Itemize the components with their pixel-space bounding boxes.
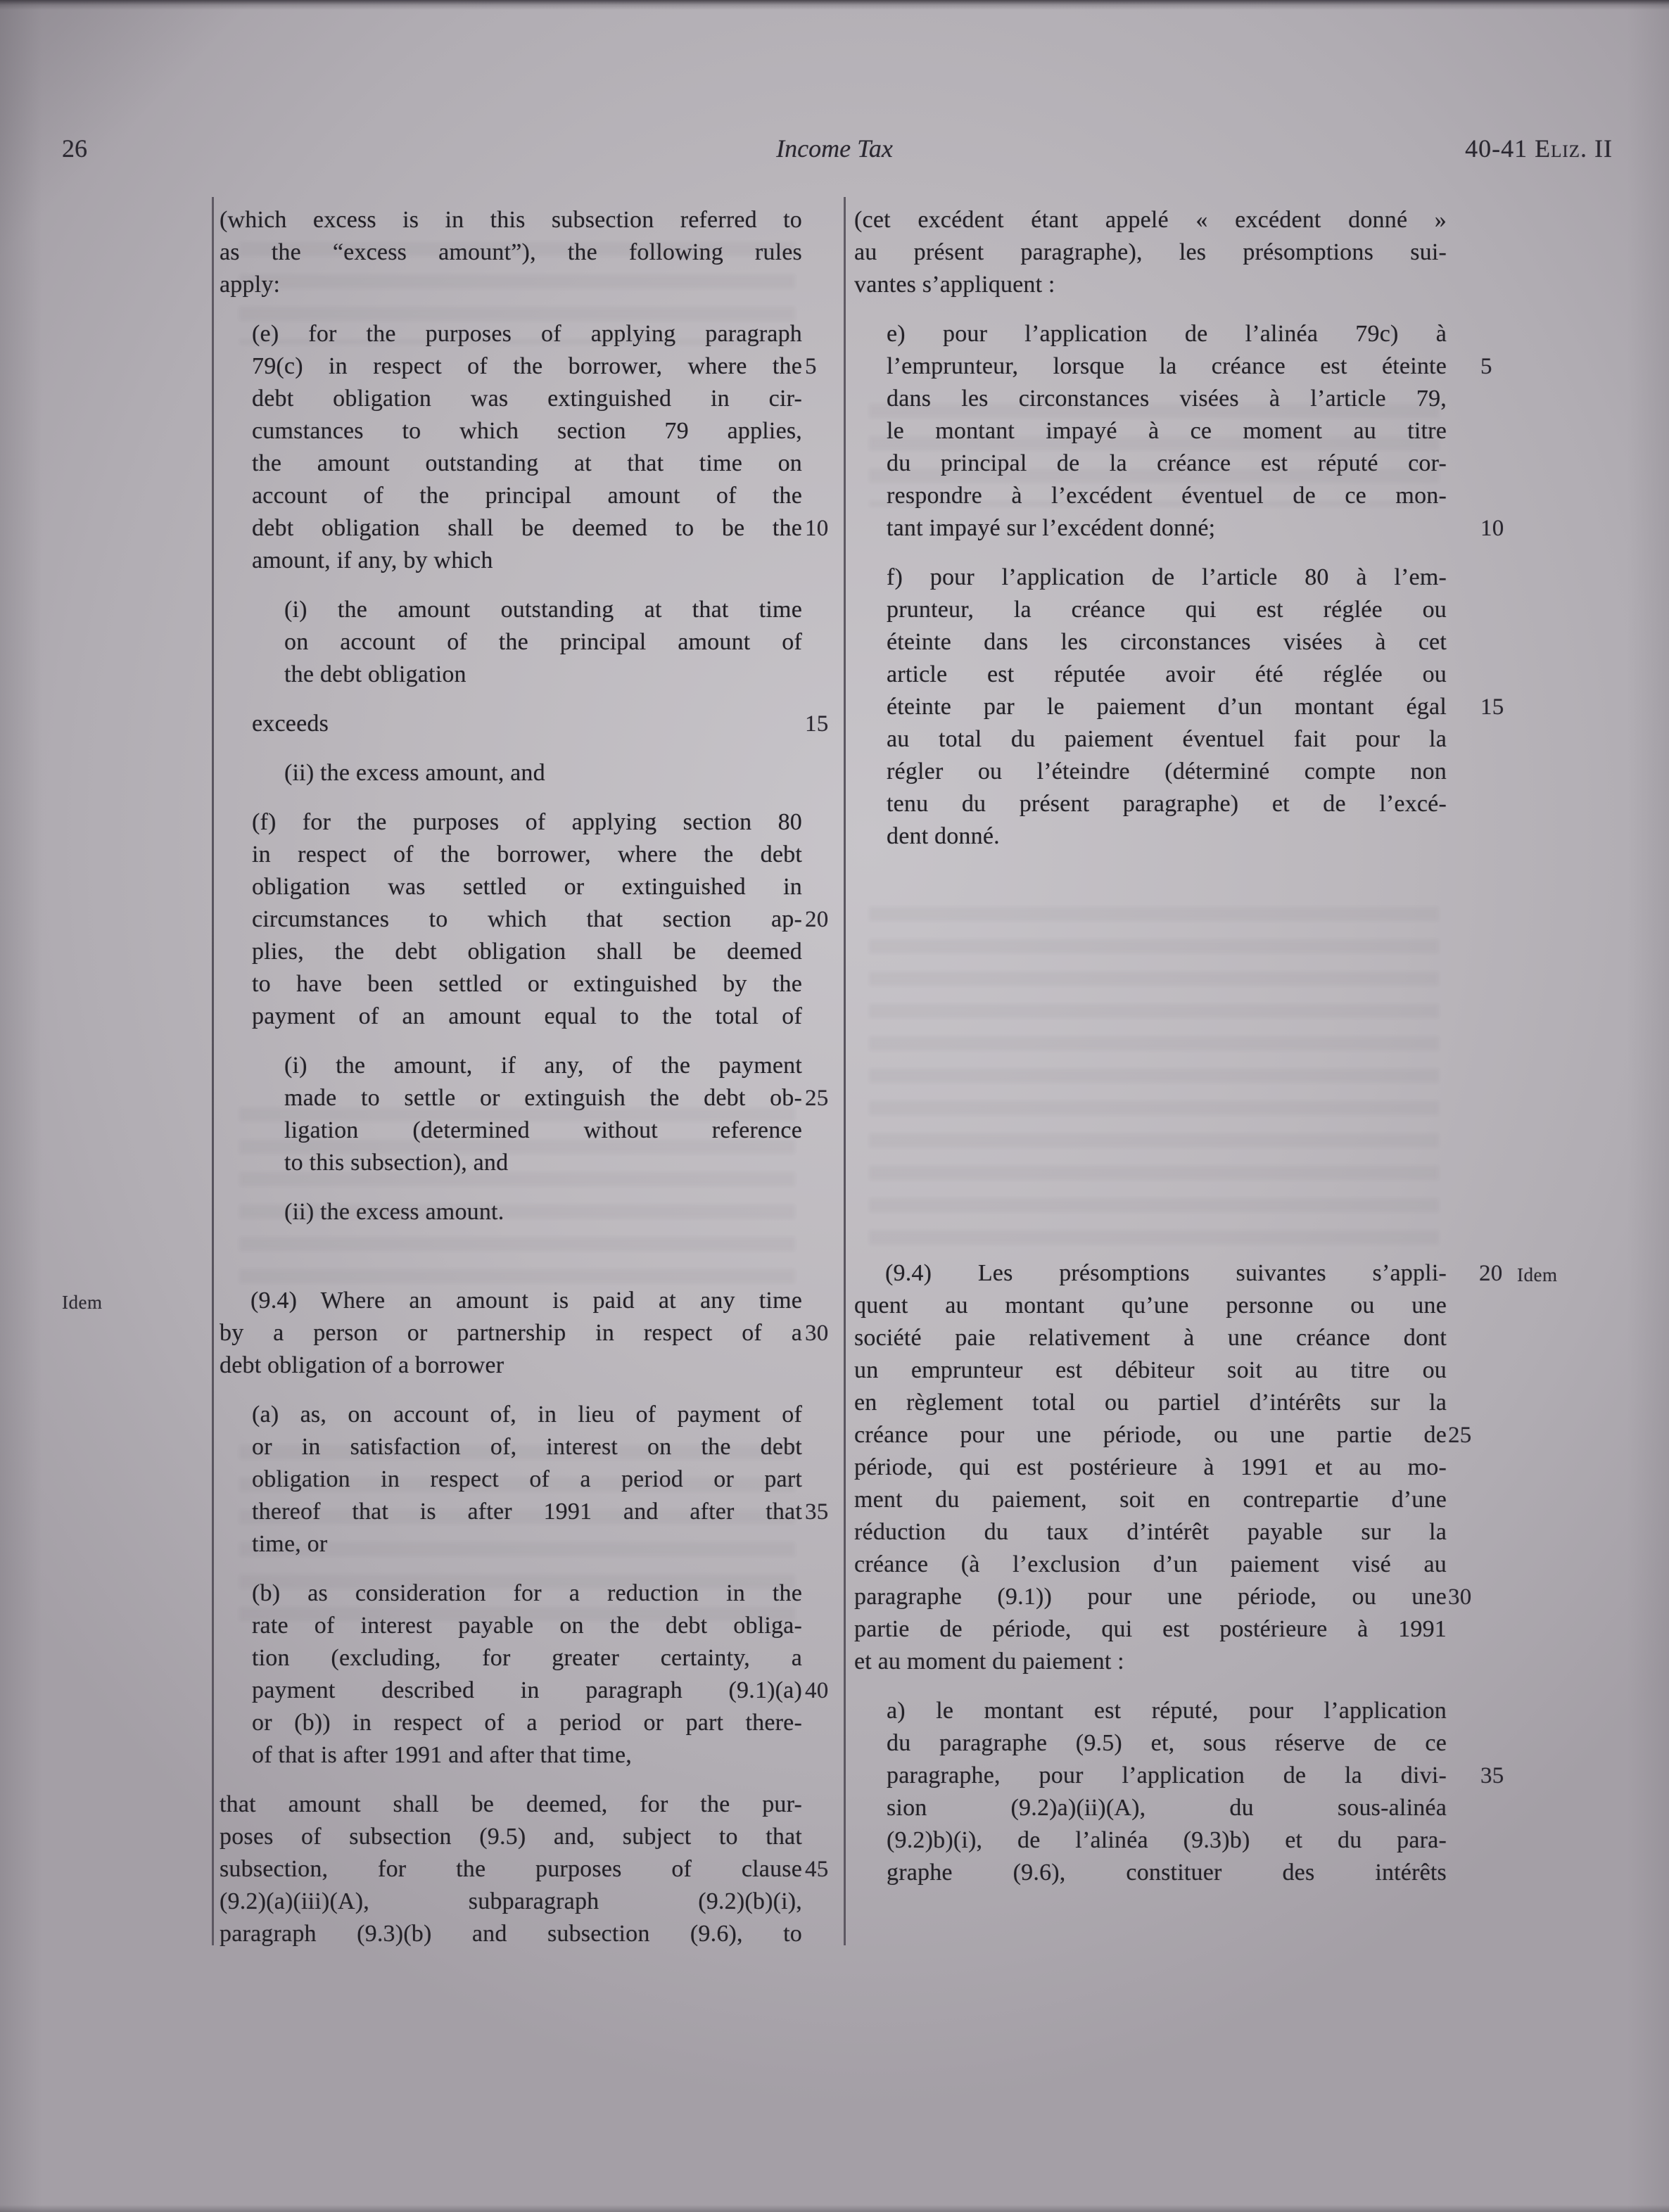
text-line: (f) for the purposes of applying section… xyxy=(252,806,802,839)
text-line: graphe (9.6), constituer des intérêts xyxy=(887,1857,1447,1889)
line-number: 25 xyxy=(1448,1419,1497,1451)
line-text: du paragraphe (9.5) et, sous réserve de … xyxy=(887,1730,1447,1756)
column-rule-middle xyxy=(844,197,846,1945)
text-line: au présent paragraphe), les présomptions… xyxy=(854,236,1447,269)
text-line: (9.4) Les présomptions suivantes s’appli… xyxy=(854,1257,1447,1290)
text-line: by a person or partnership in respect of… xyxy=(220,1317,802,1349)
line-text: tenu du présent paragraphe) et de l’excé… xyxy=(887,791,1447,817)
text-line: thereof that is after 1991 and after tha… xyxy=(252,1496,802,1528)
line-text: apply: xyxy=(220,272,280,298)
text-line: poses of subsection (9.5) and, subject t… xyxy=(220,1821,802,1853)
line-text: 79(c) in respect of the borrower, where … xyxy=(252,353,802,379)
line-number: 10 xyxy=(1480,512,1530,545)
line-text: (which excess is in this subsection refe… xyxy=(220,207,802,233)
text-line: circumstances to which that section ap-2… xyxy=(252,903,802,936)
text-line: tion (excluding, for greater certainty, … xyxy=(252,1642,802,1674)
line-text: régler ou l’éteindre (déterminé compte n… xyxy=(887,758,1447,784)
line-number: 5 xyxy=(1480,350,1530,383)
line-text: plies, the debt obligation shall be deem… xyxy=(252,939,802,965)
text-line: amount, if any, by which xyxy=(252,545,802,577)
line-text: of that is after 1991 and after that tim… xyxy=(252,1742,632,1768)
line-text: prunteur, la créance qui est réglée ou xyxy=(887,597,1447,623)
line-text: that amount shall be deemed, for the pur… xyxy=(220,1791,802,1817)
line-text: to this subsection), and xyxy=(284,1150,508,1176)
line-text: e) pour l’application de l’alinéa 79c) à xyxy=(887,321,1447,347)
line-text: réduction du taux d’intérêt payable sur … xyxy=(854,1519,1447,1545)
text-line: quent au montant qu’une personne ou une xyxy=(854,1290,1447,1322)
line-text: or (b)) in respect of a period or part t… xyxy=(252,1710,802,1736)
text-line: le montant impayé à ce moment au titre xyxy=(887,415,1447,447)
line-text: un emprunteur est débiteur soit au titre… xyxy=(854,1357,1447,1383)
margin-note-idem: Idem xyxy=(62,1286,203,1318)
line-text: l’emprunteur, lorsque la créance est éte… xyxy=(887,353,1447,379)
line-text: thereof that is after 1991 and after tha… xyxy=(252,1499,802,1525)
text-line: au total du paiement éventuel fait pour … xyxy=(887,723,1447,756)
paragraph-block: (9.4) Where an amount is paid at any tim… xyxy=(220,1285,802,1382)
line-text: debt obligation shall be deemed to be th… xyxy=(252,515,802,541)
paragraph-block: (i) the amount, if any, of the paymentma… xyxy=(220,1050,802,1179)
line-text: (9.4) Les présomptions suivantes s’appli… xyxy=(885,1260,1447,1286)
line-text: circumstances to which that section ap- xyxy=(252,906,802,932)
text-line: créance (à l’exclusion d’un paiement vis… xyxy=(854,1549,1447,1581)
edition-label: 40-41 Eliz. II xyxy=(1465,134,1613,163)
document-page: 26 Income Tax 40-41 Eliz. II (which exce… xyxy=(0,0,1669,2212)
line-text: (ii) the excess amount, and xyxy=(284,760,545,786)
text-line: sion (9.2)a)(ii)(A), du sous-alinéa xyxy=(887,1792,1447,1824)
line-text: debt obligation was extinguished in cir- xyxy=(252,386,802,412)
text-line: (b) as consideration for a reduction in … xyxy=(252,1577,802,1610)
paragraph-block: e) pour l’application de l’alinéa 79c) à… xyxy=(854,318,1447,545)
line-text: rate of interest payable on the debt obl… xyxy=(252,1613,802,1639)
text-line: paragraph (9.3)(b) and subsection (9.6),… xyxy=(220,1918,802,1950)
line-number: 5 xyxy=(805,350,843,383)
text-line: respondre à l’excédent éventuel de ce mo… xyxy=(887,480,1447,512)
text-line: subsection, for the purposes of clause45 xyxy=(220,1853,802,1886)
text-line: régler ou l’éteindre (déterminé compte n… xyxy=(887,756,1447,788)
text-line: (ii) the excess amount, and xyxy=(284,757,802,789)
line-text: on account of the principal amount of xyxy=(284,629,802,655)
line-number: 15 xyxy=(1480,691,1530,723)
line-text: exceeds xyxy=(252,711,329,737)
paragraph-block: (f) for the purposes of applying section… xyxy=(220,806,802,1033)
french-column: (cet excédent étant appelé « excédent do… xyxy=(854,204,1447,1889)
paragraph-block: (ii) the excess amount. xyxy=(220,1196,802,1228)
paragraph-block: that amount shall be deemed, for the pur… xyxy=(220,1788,802,1950)
text-line: account of the principal amount of the xyxy=(252,480,802,512)
text-line: to this subsection), and xyxy=(284,1147,802,1179)
text-line: e) pour l’application de l’alinéa 79c) à xyxy=(887,318,1447,350)
text-line: société paie relativement à une créance … xyxy=(854,1322,1447,1354)
line-text: (9.2)(a)(iii)(A), subparagraph (9.2)(b)(… xyxy=(220,1888,802,1914)
text-line: vantes s’appliquent : xyxy=(854,269,1447,301)
line-text: dent donné. xyxy=(887,823,1000,849)
text-line: éteinte dans les circonstances visées à … xyxy=(887,626,1447,659)
text-line: paragraphe (9.1)) pour une période, ou u… xyxy=(854,1581,1447,1613)
line-text: ment du paiement, soit en contrepartie d… xyxy=(854,1487,1447,1513)
text-line: prunteur, la créance qui est réglée ou xyxy=(887,594,1447,626)
line-text: article est réputée avoir été réglée ou xyxy=(887,661,1447,687)
text-line: dent donné. xyxy=(887,820,1447,853)
text-line: du paragraphe (9.5) et, sous réserve de … xyxy=(887,1727,1447,1760)
line-number: 45 xyxy=(805,1853,843,1886)
line-text: to have been settled or extinguished by … xyxy=(252,971,802,997)
line-number: 20 xyxy=(805,903,843,936)
line-text: a) le montant est réputé, pour l’applica… xyxy=(887,1698,1447,1724)
text-line: f) pour l’application de l’article 80 à … xyxy=(887,561,1447,594)
line-text: f) pour l’application de l’article 80 à … xyxy=(887,564,1447,590)
line-number: 25 xyxy=(805,1082,843,1114)
text-line: en règlement total ou partiel d’intérêts… xyxy=(854,1387,1447,1419)
text-line: l’emprunteur, lorsque la créance est éte… xyxy=(887,350,1447,383)
text-line: (which excess is in this subsection refe… xyxy=(220,204,802,236)
line-text: paragraphe (9.1)) pour une période, ou u… xyxy=(854,1584,1447,1610)
text-line: made to settle or extinguish the debt ob… xyxy=(284,1082,802,1114)
text-line: rate of interest payable on the debt obl… xyxy=(252,1610,802,1642)
line-text: payment of an amount equal to the total … xyxy=(252,1003,802,1029)
text-line: to have been settled or extinguished by … xyxy=(252,968,802,1000)
text-line: (a) as, on account of, in lieu of paymen… xyxy=(252,1399,802,1431)
line-text: (9.4) Where an amount is paid at any tim… xyxy=(250,1288,802,1314)
line-text: tion (excluding, for greater certainty, … xyxy=(252,1645,802,1671)
line-text: as the “excess amount”), the following r… xyxy=(220,239,802,265)
line-text: time, or xyxy=(252,1531,327,1557)
line-text: amount, if any, by which xyxy=(252,547,493,573)
text-line: as the “excess amount”), the following r… xyxy=(220,236,802,269)
line-text: by a person or partnership in respect of… xyxy=(220,1320,802,1346)
line-text: (ii) the excess amount. xyxy=(284,1199,504,1225)
line-text: respondre à l’excédent éventuel de ce mo… xyxy=(887,483,1447,509)
line-text: the debt obligation xyxy=(284,661,467,687)
line-number: 35 xyxy=(1480,1760,1530,1792)
text-line: (9.4) Where an amount is paid at any tim… xyxy=(220,1285,802,1317)
line-text: dans les circonstances visées à l’articl… xyxy=(887,386,1447,412)
text-line: réduction du taux d’intérêt payable sur … xyxy=(854,1516,1447,1549)
line-text: tant impayé sur l’excédent donné; xyxy=(887,515,1215,541)
paragraph-block: (which excess is in this subsection refe… xyxy=(220,204,802,301)
line-number: 10 xyxy=(805,512,843,545)
line-text: (i) the amount outstanding at that time xyxy=(284,597,802,623)
line-text: paragraph (9.3)(b) and subsection (9.6),… xyxy=(220,1921,802,1947)
text-line: partie de période, qui est postérieure à… xyxy=(854,1613,1447,1646)
line-text: le montant impayé à ce moment au titre xyxy=(887,418,1447,444)
text-line: the amount outstanding at that time on xyxy=(252,447,802,480)
text-line: créance pour une période, ou une partie … xyxy=(854,1419,1447,1451)
line-text: obligation in respect of a period or par… xyxy=(252,1466,802,1492)
text-line: of that is after 1991 and after that tim… xyxy=(252,1739,802,1772)
line-text: debt obligation of a borrower xyxy=(220,1352,504,1378)
text-line: payment of an amount equal to the total … xyxy=(252,1000,802,1033)
line-text: vantes s’appliquent : xyxy=(854,272,1055,298)
text-line: (i) the amount outstanding at that time xyxy=(284,594,802,626)
line-text: (cet excédent étant appelé « excédent do… xyxy=(854,207,1447,233)
line-text: (e) for the purposes of applying paragra… xyxy=(252,321,802,347)
line-number: 15 xyxy=(805,708,843,740)
text-line: tenu du présent paragraphe) et de l’excé… xyxy=(887,788,1447,820)
text-line: paragraphe, pour l’application de la div… xyxy=(887,1760,1447,1792)
text-line: et au moment du paiement : xyxy=(854,1646,1447,1678)
text-line: éteinte par le paiement d’un montant éga… xyxy=(887,691,1447,723)
line-text: créance (à l’exclusion d’un paiement vis… xyxy=(854,1551,1447,1577)
text-line: ment du paiement, soit en contrepartie d… xyxy=(854,1484,1447,1516)
line-text: éteinte dans les circonstances visées à … xyxy=(887,629,1447,655)
line-text: paragraphe, pour l’application de la div… xyxy=(887,1762,1447,1788)
line-text: poses of subsection (9.5) and, subject t… xyxy=(220,1824,802,1850)
paragraph-block: (cet excédent étant appelé « excédent do… xyxy=(854,204,1447,301)
text-line: plies, the debt obligation shall be deem… xyxy=(252,936,802,968)
paragraph-block: (e) for the purposes of applying paragra… xyxy=(220,318,802,577)
line-text: (f) for the purposes of applying section… xyxy=(252,809,802,835)
text-line: debt obligation of a borrower xyxy=(220,1349,802,1382)
line-number: 30 xyxy=(805,1317,843,1349)
text-line: (9.2)b)(i), de l’alinéa (9.3)b) et du pa… xyxy=(887,1824,1447,1857)
column-rule-left xyxy=(212,197,214,1945)
line-text: partie de période, qui est postérieure à… xyxy=(854,1616,1447,1642)
text-line: cumstances to which section 79 applies, xyxy=(252,415,802,447)
text-line: (e) for the purposes of applying paragra… xyxy=(252,318,802,350)
line-text: (a) as, on account of, in lieu of paymen… xyxy=(252,1401,802,1428)
line-text: créance pour une période, ou une partie … xyxy=(854,1422,1447,1448)
paragraph-block: (9.4) Les présomptions suivantes s’appli… xyxy=(854,1257,1447,1678)
line-text: période, qui est postérieure à 1991 et a… xyxy=(854,1454,1447,1480)
line-text: (b) as consideration for a reduction in … xyxy=(252,1580,802,1606)
text-line: apply: xyxy=(220,269,802,301)
text-line: ligation (determined without reference xyxy=(284,1114,802,1147)
line-text: (9.2)b)(i), de l’alinéa (9.3)b) et du pa… xyxy=(887,1827,1447,1853)
line-text: sion (9.2)a)(ii)(A), du sous-alinéa xyxy=(887,1795,1447,1821)
line-text: au total du paiement éventuel fait pour … xyxy=(887,726,1447,752)
text-line: (ii) the excess amount. xyxy=(284,1196,802,1228)
paragraph-block: f) pour l’application de l’article 80 à … xyxy=(854,561,1447,853)
text-line: un emprunteur est débiteur soit au titre… xyxy=(854,1354,1447,1387)
text-line: that amount shall be deemed, for the pur… xyxy=(220,1788,802,1821)
text-line: or in satisfaction of, interest on the d… xyxy=(252,1431,802,1463)
text-line: dans les circonstances visées à l’articl… xyxy=(887,383,1447,415)
text-line: du principal de la créance est réputé co… xyxy=(887,447,1447,480)
english-column: (which excess is in this subsection refe… xyxy=(220,204,802,1950)
line-number: 30 xyxy=(1448,1581,1497,1613)
line-text: in respect of the borrower, where the de… xyxy=(252,841,802,867)
text-line: debt obligation was extinguished in cir- xyxy=(252,383,802,415)
text-line: (cet excédent étant appelé « excédent do… xyxy=(854,204,1447,236)
text-line: in respect of the borrower, where the de… xyxy=(252,839,802,871)
text-line: on account of the principal amount of xyxy=(284,626,802,659)
line-text: et au moment du paiement : xyxy=(854,1648,1124,1674)
line-number: 40 xyxy=(805,1674,843,1707)
text-line: time, or xyxy=(252,1528,802,1561)
line-text: éteinte par le paiement d’un montant éga… xyxy=(887,694,1447,720)
paragraph-block: (b) as consideration for a reduction in … xyxy=(220,1577,802,1772)
paragraph-block: (i) the amount outstanding at that timeo… xyxy=(220,594,802,691)
text-line: obligation was settled or extinguished i… xyxy=(252,871,802,903)
line-text: (i) the amount, if any, of the payment xyxy=(284,1053,802,1079)
text-line: période, qui est postérieure à 1991 et a… xyxy=(854,1451,1447,1484)
text-line: a) le montant est réputé, pour l’applica… xyxy=(887,1695,1447,1727)
text-line: (9.2)(a)(iii)(A), subparagraph (9.2)(b)(… xyxy=(220,1886,802,1918)
line-text: the amount outstanding at that time on xyxy=(252,450,802,476)
text-line: exceeds15 xyxy=(252,708,802,740)
paragraph-block: (a) as, on account of, in lieu of paymen… xyxy=(220,1399,802,1561)
text-line: tant impayé sur l’excédent donné;10 xyxy=(887,512,1447,545)
paragraph-block: (ii) the excess amount, and xyxy=(220,757,802,789)
text-line: obligation in respect of a period or par… xyxy=(252,1463,802,1496)
text-line: the debt obligation xyxy=(284,659,802,691)
line-text: obligation was settled or extinguished i… xyxy=(252,874,802,900)
line-text: au présent paragraphe), les présomptions… xyxy=(854,239,1447,265)
line-text: quent au montant qu’une personne ou une xyxy=(854,1292,1447,1318)
line-text: payment described in paragraph (9.1)(a) xyxy=(252,1677,802,1703)
line-text: subsection, for the purposes of clause xyxy=(220,1856,802,1882)
text-line: or (b)) in respect of a period or part t… xyxy=(252,1707,802,1739)
paragraph-block: a) le montant est réputé, pour l’applica… xyxy=(854,1695,1447,1889)
text-line: (i) the amount, if any, of the payment xyxy=(284,1050,802,1082)
line-text: account of the principal amount of the xyxy=(252,483,802,509)
text-line: debt obligation shall be deemed to be th… xyxy=(252,512,802,545)
paragraph-block: exceeds15 xyxy=(220,708,802,740)
line-text: ligation (determined without reference xyxy=(284,1117,802,1143)
line-number: 35 xyxy=(805,1496,843,1528)
line-text: cumstances to which section 79 applies, xyxy=(252,418,802,444)
line-text: graphe (9.6), constituer des intérêts xyxy=(887,1860,1447,1886)
text-line: 79(c) in respect of the borrower, where … xyxy=(252,350,802,383)
running-title: Income Tax xyxy=(0,134,1669,163)
margin-note-idem: Idem xyxy=(1486,1259,1613,1291)
line-text: made to settle or extinguish the debt ob… xyxy=(284,1085,802,1111)
text-line: payment described in paragraph (9.1)(a)4… xyxy=(252,1674,802,1707)
line-text: en règlement total ou partiel d’intérêts… xyxy=(854,1390,1447,1416)
line-text: du principal de la créance est réputé co… xyxy=(887,450,1447,476)
line-text: société paie relativement à une créance … xyxy=(854,1325,1447,1351)
line-text: or in satisfaction of, interest on the d… xyxy=(252,1434,802,1460)
text-line: article est réputée avoir été réglée ou xyxy=(887,659,1447,691)
